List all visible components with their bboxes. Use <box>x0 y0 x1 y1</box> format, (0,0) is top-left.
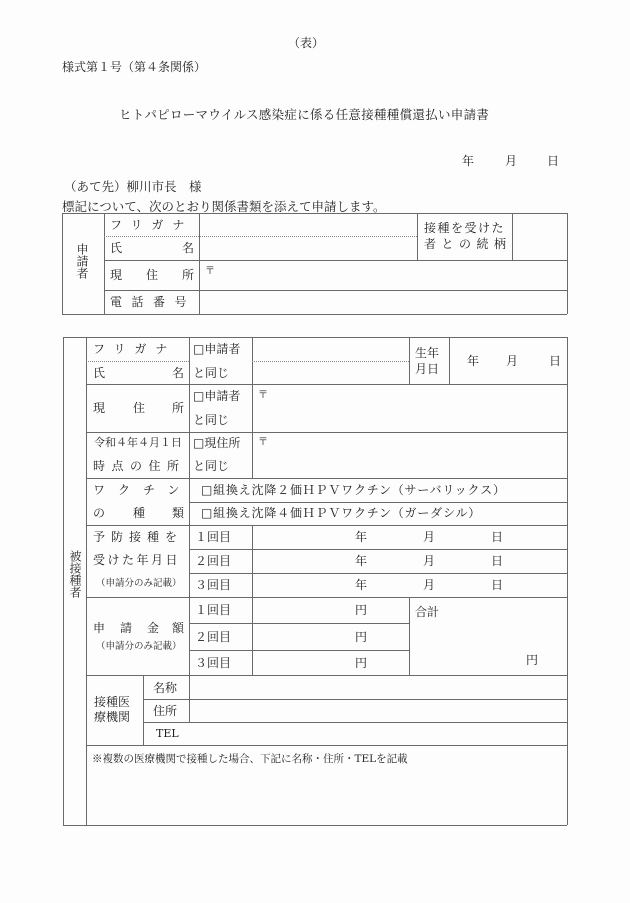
label-char: 申 <box>93 621 105 635</box>
amount-dose-label: ３回目 <box>195 656 231 670</box>
birthdate-day: 日 <box>549 354 561 368</box>
past-address-input[interactable] <box>270 433 566 477</box>
birthdate-month: 月 <box>506 354 518 368</box>
relationship-label-line2: 者との続柄 <box>424 237 512 251</box>
amount-dose-label: ２回目 <box>195 630 231 644</box>
label-char: 現 <box>110 268 122 282</box>
label-char: 氏 <box>93 366 105 380</box>
vaccinee-name-input[interactable] <box>253 362 408 383</box>
applicant-name-input[interactable] <box>200 237 416 259</box>
vaccinee-section-label: 被接種者 <box>68 550 82 598</box>
label-char: 氏 <box>110 241 122 255</box>
applicant-phone-input[interactable] <box>200 291 566 313</box>
side-marker: （表） <box>288 34 324 51</box>
birthdate-label-line2: 月日 <box>415 362 439 376</box>
amount-note: （申請分のみ記載） <box>96 640 182 654</box>
vaccine-option-quadrivalent[interactable]: □組換え沈降４価ＨＰＶワクチン（ガーダシル） <box>201 506 481 520</box>
dose-year: 年 <box>355 578 367 592</box>
applicant-phone-label: 電話番号 <box>110 295 196 309</box>
label-char: 住 <box>133 401 145 415</box>
date-year: 年 <box>462 152 474 169</box>
dose-label: ２回目 <box>195 554 231 568</box>
label-char: 種 <box>133 506 145 520</box>
dose-month: 月 <box>423 530 435 544</box>
past-address-label-line1: 令和４年４月１日 <box>94 436 182 450</box>
label-char: 現 <box>93 401 105 415</box>
past-address-label-line2: 時点の住所 <box>93 459 186 473</box>
form-number: 様式第１号（第４条関係） <box>62 58 206 75</box>
dose-day: 日 <box>491 554 503 568</box>
applicant-section-label: 申請者 <box>75 243 89 279</box>
dose-label: １回目 <box>195 530 231 544</box>
dose-day: 日 <box>491 578 503 592</box>
clinic-address-label: 住所 <box>153 704 177 718</box>
label-char: 所 <box>182 268 194 282</box>
amount-dose-label: １回目 <box>195 603 231 617</box>
applicant-postal-mark: 〒 <box>205 265 215 279</box>
dose-label: ３回目 <box>195 578 231 592</box>
dates-note: （申請分のみ記載） <box>96 577 182 591</box>
vaccinee-furigana-label: フリガナ <box>93 342 176 356</box>
clinic-name-input[interactable] <box>190 676 566 698</box>
dates-label-line2: 受けた年月日 <box>93 553 180 567</box>
applicant-address-input[interactable] <box>218 261 566 289</box>
clinic-label-line2: 療機関 <box>94 710 130 724</box>
date-day: 日 <box>547 152 559 169</box>
relationship-label-line1: 接種を受けた <box>424 221 505 235</box>
label-text: フリガナ <box>110 218 193 232</box>
label-char: 額 <box>172 621 184 635</box>
label-char: 名 <box>172 366 184 380</box>
dates-label-line1: 予防接種を <box>93 530 183 544</box>
vaccinee-furigana-input[interactable] <box>253 338 408 360</box>
label-char: の <box>93 506 105 520</box>
amount-unit: 円 <box>355 603 367 617</box>
applicant-furigana-label: フリガナ <box>110 218 194 232</box>
multiple-clinics-input[interactable] <box>87 768 566 824</box>
clinic-tel-input[interactable] <box>190 723 566 744</box>
amount-unit: 円 <box>355 656 367 670</box>
clinic-name-label: 名称 <box>153 681 177 695</box>
multiple-clinics-note: ※複数の医療機関で接種した場合、下記に名称・住所・TELを記載 <box>92 752 408 766</box>
dose-day: 日 <box>491 530 503 544</box>
label-char: 請 <box>120 621 132 635</box>
total-label: 合計 <box>415 605 439 619</box>
clinic-label-line1: 接種医 <box>94 695 130 709</box>
past-address-same-text: と同じ <box>193 459 229 473</box>
amount-unit: 円 <box>355 630 367 644</box>
label-char: 名 <box>182 241 194 255</box>
vaccine-option-bivalent[interactable]: □組換え沈降２価ＨＰＶワクチン（サーバリックス） <box>201 483 506 497</box>
label-char: 所 <box>172 401 184 415</box>
address-same-checkbox[interactable]: □申請者 <box>193 389 240 403</box>
same-as-applicant-text: と同じ <box>193 366 229 380</box>
clinic-address-input[interactable] <box>190 700 566 721</box>
label-char: 金 <box>147 621 159 635</box>
past-postal-mark: 〒 <box>258 436 268 450</box>
label-char: 住 <box>146 268 158 282</box>
applicant-furigana-input[interactable] <box>200 214 416 236</box>
label-char: 類 <box>172 506 184 520</box>
dose-month: 月 <box>423 578 435 592</box>
total-amount-input[interactable] <box>410 620 520 670</box>
address-same-text: と同じ <box>193 413 229 427</box>
total-unit: 円 <box>526 653 538 667</box>
dose-year: 年 <box>355 554 367 568</box>
clinic-tel-label: TEL <box>156 727 179 741</box>
date-month: 月 <box>505 152 517 169</box>
past-address-same-checkbox[interactable]: □現住所 <box>193 436 240 450</box>
vaccinee-address-input[interactable] <box>270 385 566 431</box>
birthdate-year: 年 <box>467 354 479 368</box>
vaccinee-postal-mark: 〒 <box>258 389 268 403</box>
same-as-applicant-checkbox[interactable]: □申請者 <box>193 342 240 356</box>
vaccine-label-line1: ワクチン <box>93 483 192 497</box>
relationship-input[interactable] <box>513 214 566 259</box>
page-title: ヒトパピローマウイルス感染症に係る任意接種種償還払い申請書 <box>119 105 489 123</box>
dose-year: 年 <box>355 530 367 544</box>
addressee: （あて先）柳川市長 様 <box>64 177 202 195</box>
birthdate-label-line1: 生年 <box>415 346 439 360</box>
dose-month: 月 <box>423 554 435 568</box>
